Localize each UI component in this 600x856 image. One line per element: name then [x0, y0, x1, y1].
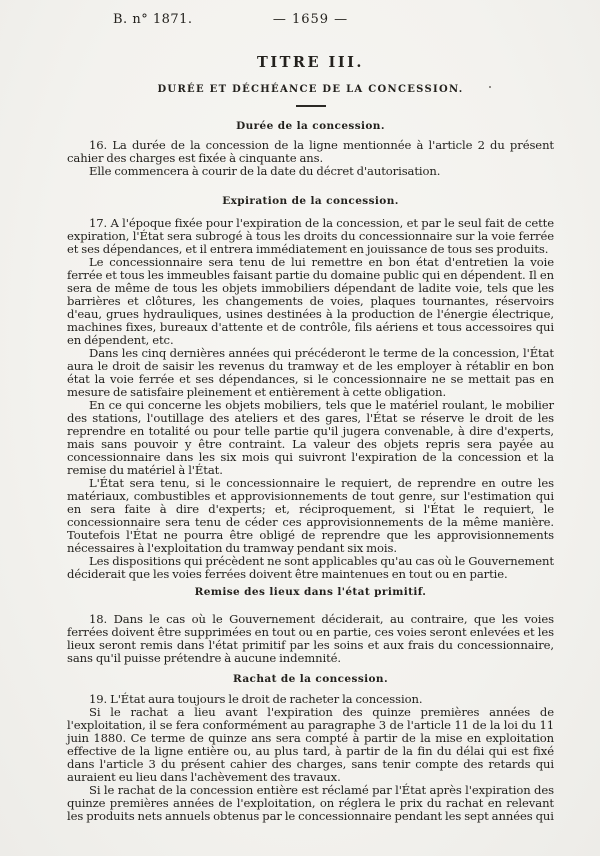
page-content: TITRE III. DURÉE ET DÉCHÉANCE DE LA CONC… [67, 0, 554, 823]
paragraph-article-18: 18. Dans le cas où le Gouvernement décid… [67, 613, 554, 665]
paragraph: Les dispositions qui précèdent ne sont a… [67, 555, 554, 581]
paragraph: Si le rachat a lieu avant l'expiration d… [67, 706, 554, 784]
section-heading: Rachat de la concession. [67, 673, 554, 685]
page-title: TITRE III. [67, 55, 554, 70]
document-page: — 1659 — B. n° 1871. TITRE III. DURÉE ET… [0, 0, 600, 856]
title-rule [296, 105, 326, 107]
section-remise-des-lieux: Remise des lieux dans l'état primitif. 1… [67, 586, 554, 665]
paragraph-article-17: 17. A l'époque fixée pour l'expiration d… [67, 217, 554, 256]
paragraph: L'État sera tenu, si le concessionnaire … [67, 477, 554, 555]
paragraph: En ce qui concerne les objets mobiliers,… [67, 399, 554, 477]
page-subtitle: DURÉE ET DÉCHÉANCE DE LA CONCESSION. [67, 84, 554, 95]
section-expiration-de-la-concession: Expiration de la concession. 17. A l'épo… [67, 195, 554, 581]
paragraph-article-16: 16. La durée de la concession de la lign… [67, 139, 554, 165]
section-heading: Remise des lieux dans l'état primitif. [67, 586, 554, 598]
section-heading: Expiration de la concession. [67, 195, 554, 207]
paragraph: Dans les cinq dernières années qui précé… [67, 347, 554, 399]
section-rachat-de-la-concession: Rachat de la concession. 19. L'État aura… [67, 673, 554, 823]
paragraph: Elle commencera à courir de la date du d… [67, 165, 554, 178]
paragraph: Si le rachat de la concession entière es… [67, 784, 554, 823]
section-duree-de-la-concession: Durée de la concession. 16. La durée de … [67, 120, 554, 178]
section-heading: Durée de la concession. [67, 120, 554, 132]
paragraph: Le concessionnaire sera tenu de lui reme… [67, 256, 554, 347]
